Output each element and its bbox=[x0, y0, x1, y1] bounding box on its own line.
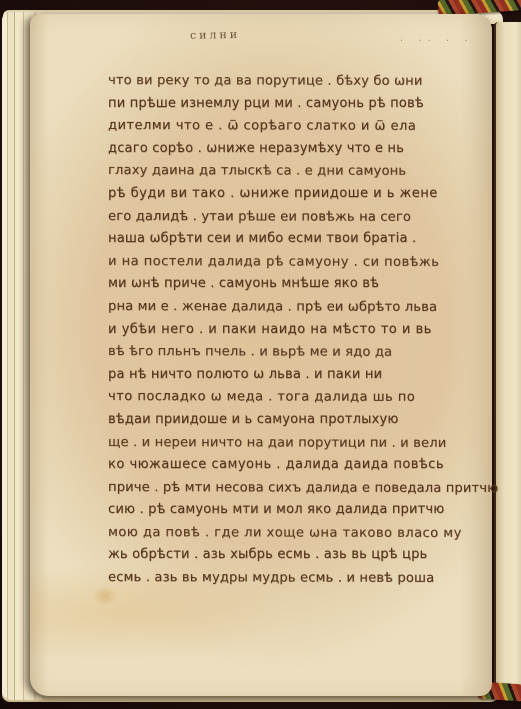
manuscript-line: его далидѣ . утаи рѣше еи повѣжь на сего bbox=[108, 206, 476, 230]
manuscript-line: вѣдаи приидоше и ь самуона протлыхую bbox=[108, 409, 476, 432]
manuscript-line: ще . и нереи ничто на даи порутици пи . … bbox=[108, 432, 476, 456]
page-stain bbox=[92, 586, 118, 606]
manuscript-line: вѣ ѣго пльнъ пчель . и вьрѣ ме и ядо да bbox=[108, 341, 476, 365]
manuscript-line: мою да повѣ . где ли хоще ѡна таково вла… bbox=[108, 522, 476, 546]
manuscript-line: дсаго сорѣо . ѡниже неразумѣху что е нь bbox=[108, 138, 476, 161]
manuscript-line: что ви реку то да ва порутице . бѣху бо … bbox=[108, 70, 476, 94]
manuscript-line: и убѣи него . и паки наидо на мѣсто то и… bbox=[108, 319, 476, 342]
manuscript-line: ми ѡнѣ приче . самуонь мнѣше яко вѣ bbox=[108, 273, 476, 296]
manuscript-line: ко чюжашесе самуонь . далида даида повѣс… bbox=[108, 454, 476, 477]
manuscript-line: глаху даина да тлыскѣ са . е дни самуонь bbox=[108, 160, 476, 184]
manuscript-line: наша ѡбрѣти сеи и мибо есми твои братіа … bbox=[108, 228, 476, 251]
corner-ink-marks: · ·· · · bbox=[400, 36, 500, 47]
manuscript-line: пи прѣше изнемлу рци ми . самуонь рѣ пов… bbox=[108, 93, 476, 116]
manuscript-line: и на постели далида рѣ самуону . си повѣ… bbox=[108, 251, 476, 275]
manuscript-line: есмь . азь вь мудры мудрь есмь . и невѣ … bbox=[108, 567, 476, 591]
manuscript-page: силни · ·· · · что ви реку то да ва пору… bbox=[30, 14, 492, 696]
manuscript-line: жь обрѣсти . азь хыбрь есмь . азь вь црѣ… bbox=[108, 544, 476, 567]
manuscript-line: сию . рѣ самуонь мти и мол яко далида пр… bbox=[108, 499, 476, 522]
manuscript-line: приче . рѣ мти несова сихъ далида е пове… bbox=[108, 477, 476, 501]
running-header: силни bbox=[190, 27, 280, 42]
manuscript-line: что посладко ѡ меда . тога далида шь по bbox=[108, 386, 476, 410]
manuscript-text-block: что ви реку то да ва порутице . бѣху бо … bbox=[108, 70, 476, 598]
manuscript-line: рна ми е . женае далида . прѣ еи ѡбрѣто … bbox=[108, 296, 476, 320]
manuscript-line: ра нѣ ничто полюто ѡ льва . и паки ни bbox=[108, 364, 476, 387]
manuscript-line: дителми что е . ѿ сорѣаго слатко и ѿ ела bbox=[108, 115, 476, 139]
next-page-edge bbox=[494, 22, 521, 690]
manuscript-line: рѣ буди ви тако . ѡниже приидоше и ь жен… bbox=[108, 183, 476, 206]
